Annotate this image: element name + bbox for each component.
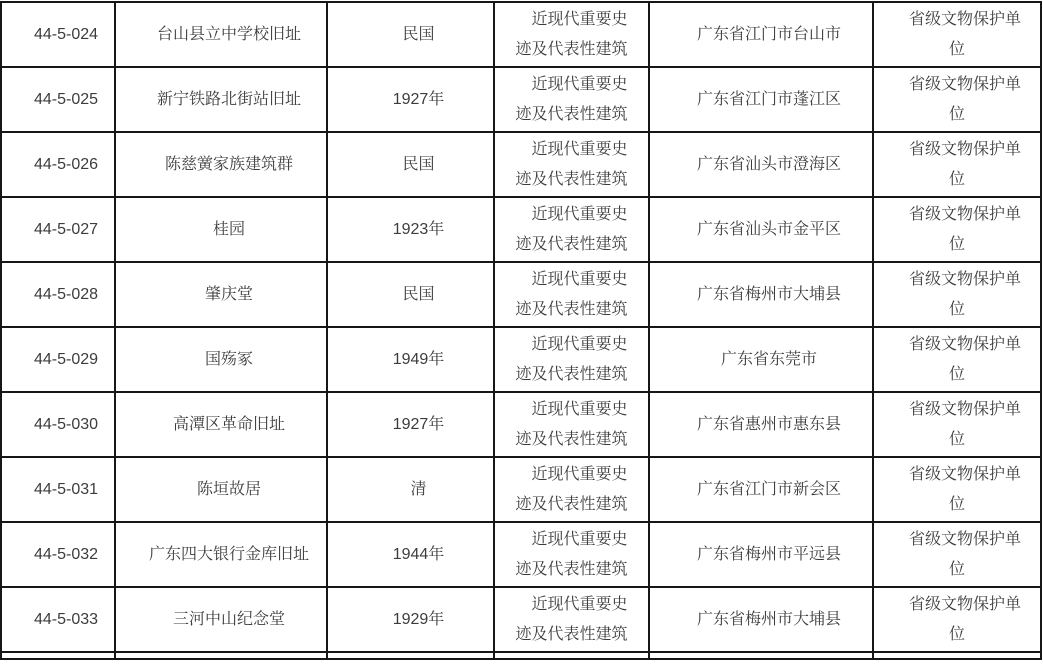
heritage-sites-table-body: 44-5-024台山县立中学校旧址民国近现代重要史迹及代表性建筑广东省江门市台山… [1,2,1041,659]
site-era-cell: 民国 [327,132,494,197]
table-row: 44-5-027桂园1923年近现代重要史迹及代表性建筑广东省汕头市金平区省级文… [1,197,1041,262]
site-location-cell: 广东省江门市新会区 [649,457,873,522]
table-row: 44-5-026陈慈黉家族建筑群民国近现代重要史迹及代表性建筑广东省汕头市澄海区… [1,132,1041,197]
site-number-cell: 44-5-029 [1,327,115,392]
partial-next-row [1,652,1041,659]
table-row: 44-5-031陈垣故居清近现代重要史迹及代表性建筑广东省江门市新会区省级文物保… [1,457,1041,522]
site-name-cell: 肇庆堂 [115,262,327,327]
table-row: 44-5-030高潭区革命旧址1927年近现代重要史迹及代表性建筑广东省惠州市惠… [1,392,1041,457]
site-category-cell: 近现代重要史迹及代表性建筑 [494,392,649,457]
site-number-cell: 44-5-028 [1,262,115,327]
site-location-cell: 广东省江门市台山市 [649,2,873,67]
site-location-cell: 广东省江门市蓬江区 [649,67,873,132]
site-number-cell: 44-5-025 [1,67,115,132]
protection-level-cell: 省级文物保护单位 [873,522,1041,587]
protection-level-cell: 省级文物保护单位 [873,262,1041,327]
protection-level-cell: 省级文物保护单位 [873,197,1041,262]
protection-level-cell: 省级文物保护单位 [873,587,1041,652]
site-location-cell: 广东省梅州市平远县 [649,522,873,587]
site-location-cell-empty [649,652,873,659]
site-era-cell: 1927年 [327,392,494,457]
protection-level-cell: 省级文物保护单位 [873,2,1041,67]
site-number-cell: 44-5-027 [1,197,115,262]
table-row: 44-5-025新宁铁路北街站旧址1927年近现代重要史迹及代表性建筑广东省江门… [1,67,1041,132]
table-row: 44-5-024台山县立中学校旧址民国近现代重要史迹及代表性建筑广东省江门市台山… [1,2,1041,67]
site-category-cell: 近现代重要史迹及代表性建筑 [494,587,649,652]
protection-level-cell: 省级文物保护单位 [873,392,1041,457]
site-location-cell: 广东省汕头市澄海区 [649,132,873,197]
site-name-cell: 高潭区革命旧址 [115,392,327,457]
table-row: 44-5-029国殇冢1949年近现代重要史迹及代表性建筑广东省东莞市省级文物保… [1,327,1041,392]
site-era-cell: 民国 [327,262,494,327]
site-number-cell: 44-5-033 [1,587,115,652]
site-category-cell: 近现代重要史迹及代表性建筑 [494,197,649,262]
site-category-cell: 近现代重要史迹及代表性建筑 [494,132,649,197]
protection-level-cell: 省级文物保护单位 [873,67,1041,132]
site-name-cell: 国殇冢 [115,327,327,392]
protection-level-cell-empty [873,652,1041,659]
site-category-cell: 近现代重要史迹及代表性建筑 [494,262,649,327]
table-row: 44-5-032广东四大银行金库旧址1944年近现代重要史迹及代表性建筑广东省梅… [1,522,1041,587]
site-name-cell: 桂园 [115,197,327,262]
site-location-cell: 广东省东莞市 [649,327,873,392]
site-name-cell: 新宁铁路北街站旧址 [115,67,327,132]
site-name-cell: 三河中山纪念堂 [115,587,327,652]
table-row: 44-5-033三河中山纪念堂1929年近现代重要史迹及代表性建筑广东省梅州市大… [1,587,1041,652]
site-number-cell: 44-5-032 [1,522,115,587]
site-number-cell: 44-5-024 [1,2,115,67]
page: 44-5-024台山县立中学校旧址民国近现代重要史迹及代表性建筑广东省江门市台山… [0,1,1043,665]
protection-level-cell: 省级文物保护单位 [873,457,1041,522]
site-era-cell: 1944年 [327,522,494,587]
site-name-cell-empty [115,652,327,659]
site-category-cell: 近现代重要史迹及代表性建筑 [494,2,649,67]
site-name-cell: 陈慈黉家族建筑群 [115,132,327,197]
site-era-cell: 清 [327,457,494,522]
protection-level-cell: 省级文物保护单位 [873,132,1041,197]
site-era-cell: 1927年 [327,67,494,132]
site-era-cell-empty [327,652,494,659]
site-number-cell: 44-5-026 [1,132,115,197]
heritage-sites-table: 44-5-024台山县立中学校旧址民国近现代重要史迹及代表性建筑广东省江门市台山… [0,1,1042,660]
site-era-cell: 民国 [327,2,494,67]
site-location-cell: 广东省惠州市惠东县 [649,392,873,457]
site-category-cell-empty [494,652,649,659]
site-location-cell: 广东省汕头市金平区 [649,197,873,262]
site-name-cell: 陈垣故居 [115,457,327,522]
protection-level-cell: 省级文物保护单位 [873,327,1041,392]
site-name-cell: 广东四大银行金库旧址 [115,522,327,587]
site-category-cell: 近现代重要史迹及代表性建筑 [494,67,649,132]
site-location-cell: 广东省梅州市大埔县 [649,587,873,652]
site-name-cell: 台山县立中学校旧址 [115,2,327,67]
site-number-cell-empty [1,652,115,659]
table-row: 44-5-028肇庆堂民国近现代重要史迹及代表性建筑广东省梅州市大埔县省级文物保… [1,262,1041,327]
site-category-cell: 近现代重要史迹及代表性建筑 [494,457,649,522]
site-era-cell: 1929年 [327,587,494,652]
site-era-cell: 1949年 [327,327,494,392]
site-number-cell: 44-5-030 [1,392,115,457]
site-location-cell: 广东省梅州市大埔县 [649,262,873,327]
site-number-cell: 44-5-031 [1,457,115,522]
site-category-cell: 近现代重要史迹及代表性建筑 [494,327,649,392]
site-category-cell: 近现代重要史迹及代表性建筑 [494,522,649,587]
site-era-cell: 1923年 [327,197,494,262]
